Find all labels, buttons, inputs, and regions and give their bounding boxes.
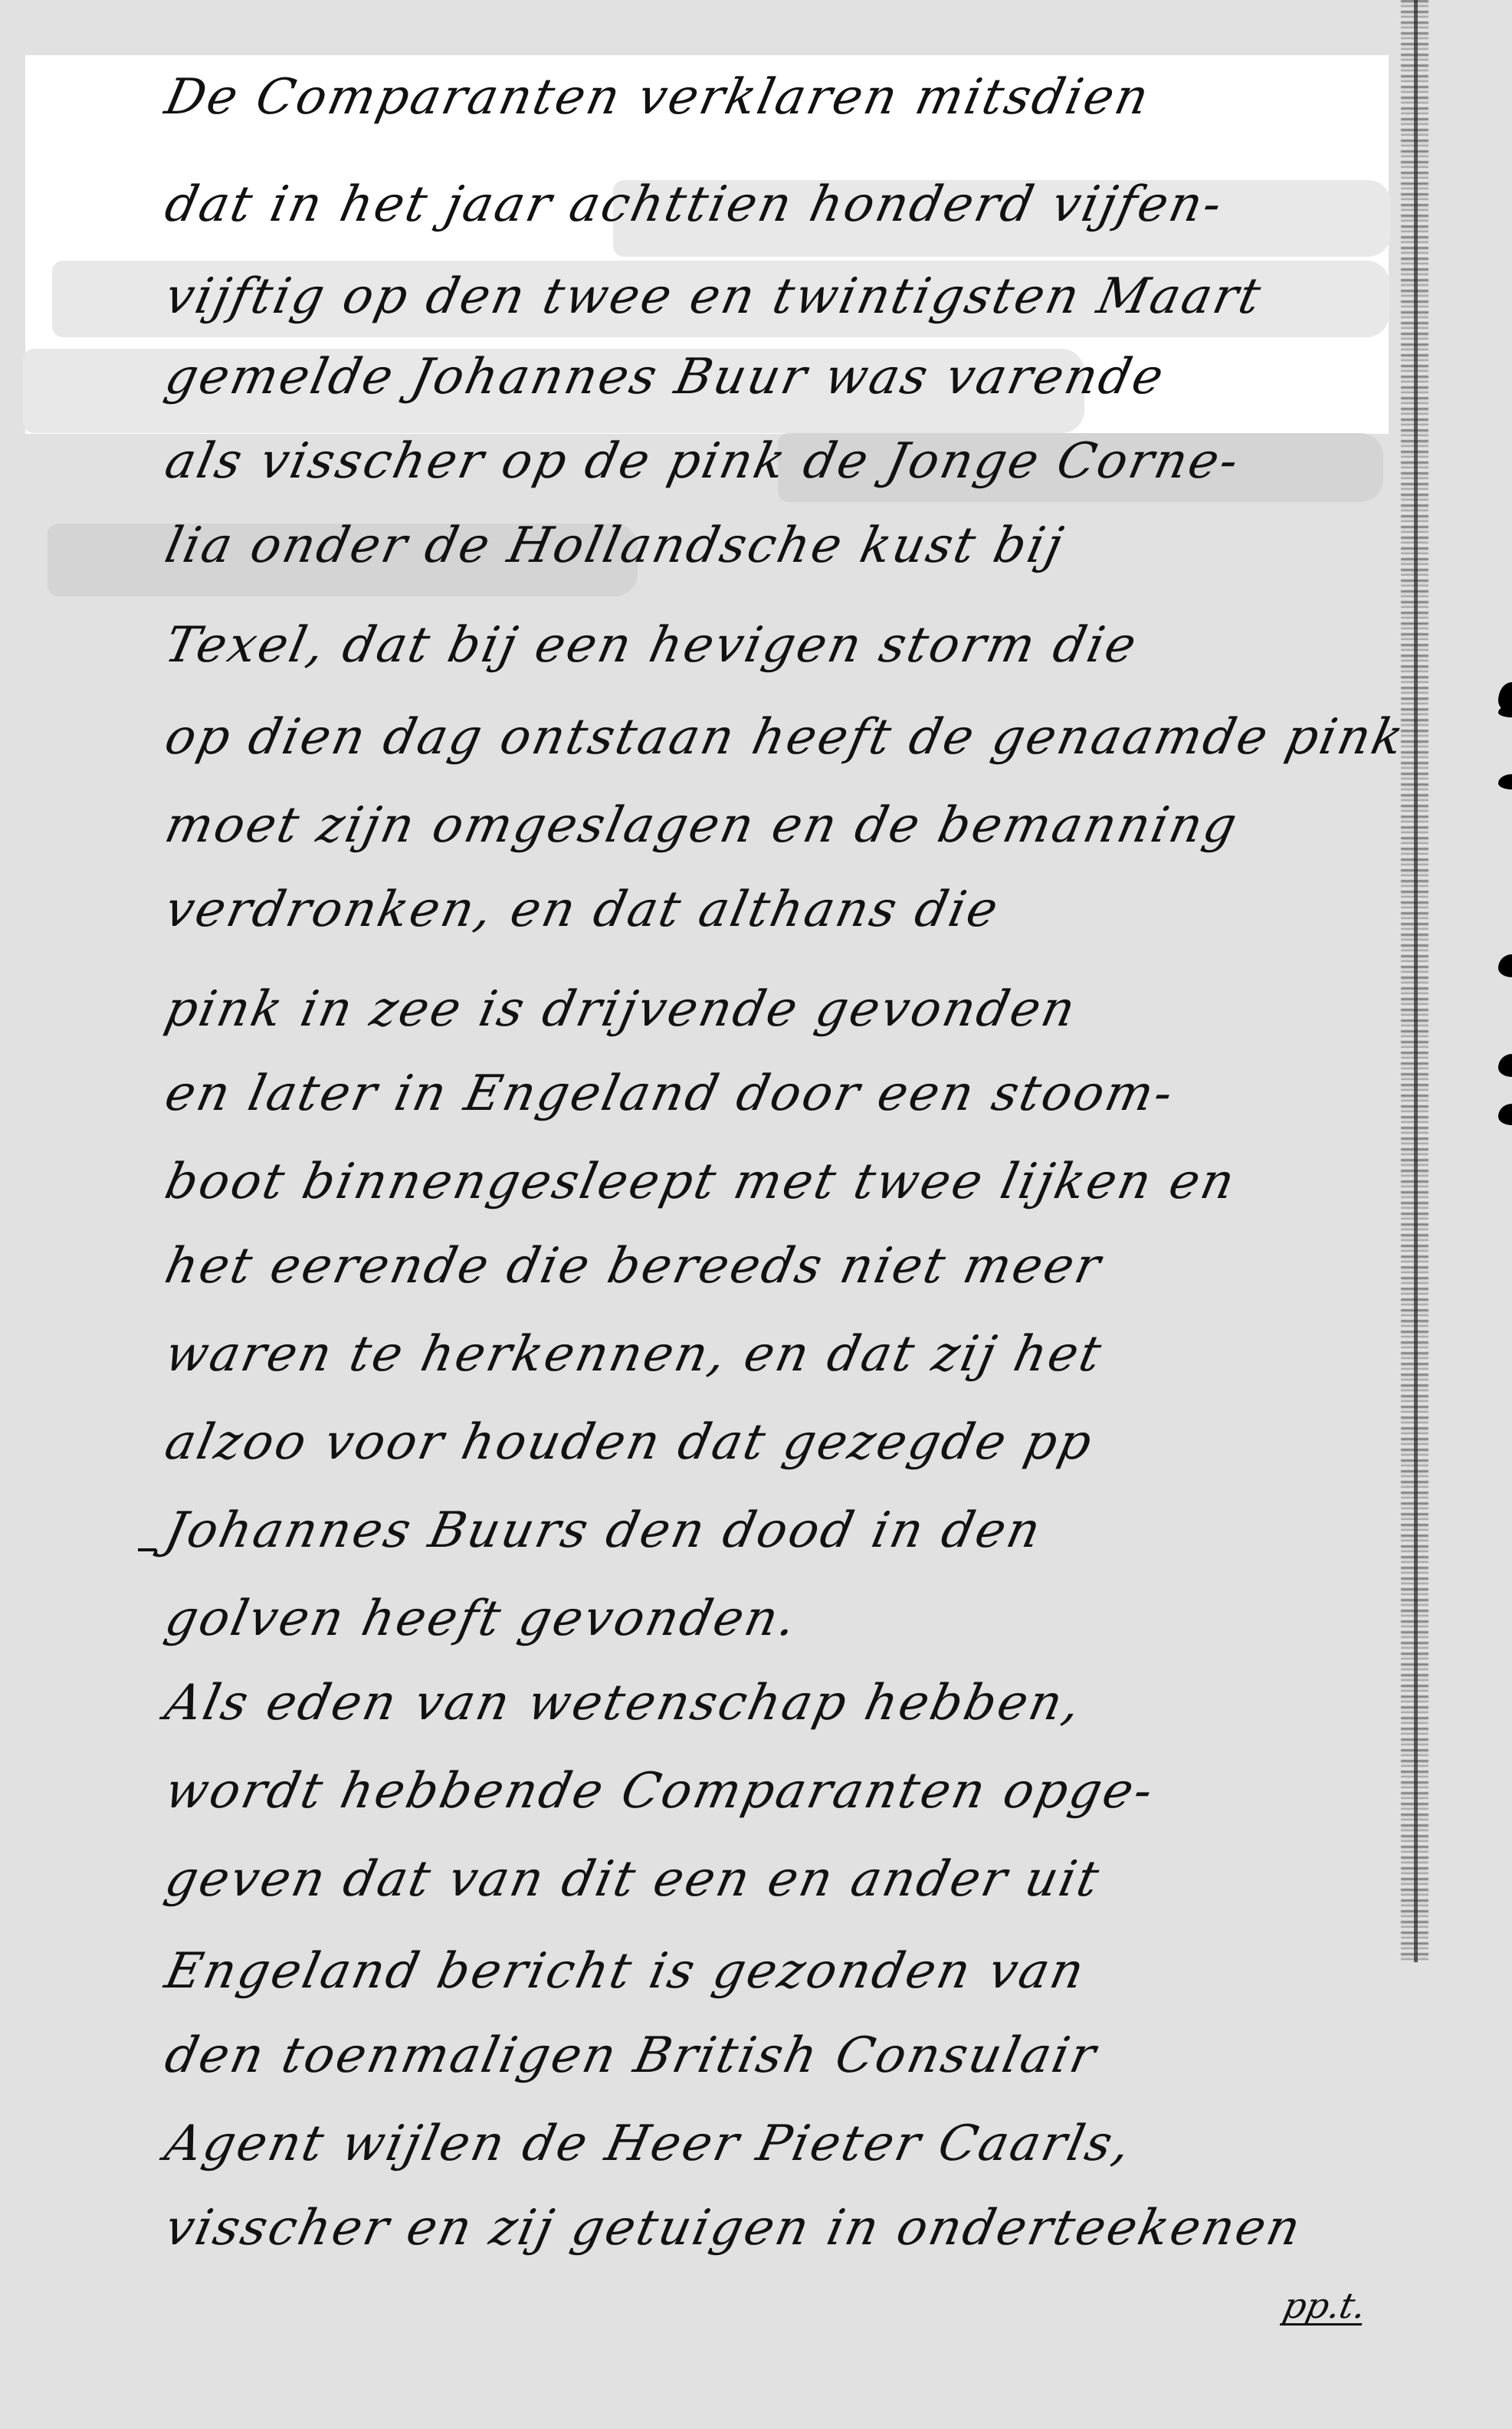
text-line: Als eden van wetenschap hebben, [161,1679,1087,1728]
text-line: het eerende die bereeds niet meer [161,1242,1107,1291]
text-line: op dien dag ontstaan heeft de genaamde p… [161,713,1409,762]
text-line: boot binnengesleept met twee lijken en [161,1157,1241,1206]
ink-blob [1498,954,1512,977]
text-line: gemelde Johannes Buur was varende [161,353,1169,402]
text-line: De Comparanten verklaren mitsdien [161,73,1155,122]
text-line: verdronken, en dat althans die [161,885,1004,934]
text-line: golven heeft gevonden. [161,1594,802,1643]
text-line: waren te herkennen, en dat zij het [161,1330,1107,1379]
text-line: den toenmaligen British Consulair [161,2031,1102,2080]
text-line: Johannes Buurs den dood in den [161,1506,1047,1555]
text-line: als visscher op de pink de Jonge Corne- [161,437,1245,486]
text-line: pink in zee is drijvende gevonden [161,985,1081,1034]
text-line: lia onder de Hollandsche kust bij [161,521,1069,570]
text-line: geven dat van dit een en ander uit [161,1855,1105,1904]
text-line: Agent wijlen de Heer Pieter Caarls, [161,2119,1136,2168]
scanned-document-page: De Comparanten verklaren mitsdiendat in … [0,0,1512,2429]
text-line: visscher en zij getuigen in onderteekene… [161,2204,1307,2253]
page-fold-line [1414,0,1418,1962]
margin-dash-mark [138,1548,156,1551]
text-line: vijftig op den twee en twintigsten Maart [161,272,1267,321]
catchword: pp.t. [1280,2288,1369,2326]
ink-blob [1498,1054,1512,1077]
text-line: dat in het jaar achttien honderd vijfen- [161,180,1228,229]
text-line: moet zijn omgeslagen en de bemanning [161,801,1243,850]
ink-blob [1498,774,1512,789]
text-line: en later in Engeland door een stoom- [161,1069,1179,1118]
text-line: Engeland bericht is gezonden van [161,1947,1090,1996]
text-line: alzoo voor houden dat gezegde pp [161,1418,1098,1467]
text-line: Texel, dat bij een hevigen storm die [161,621,1143,670]
text-line: wordt hebbende Comparanten opge- [161,1767,1159,1816]
ink-blob [1498,1104,1512,1125]
